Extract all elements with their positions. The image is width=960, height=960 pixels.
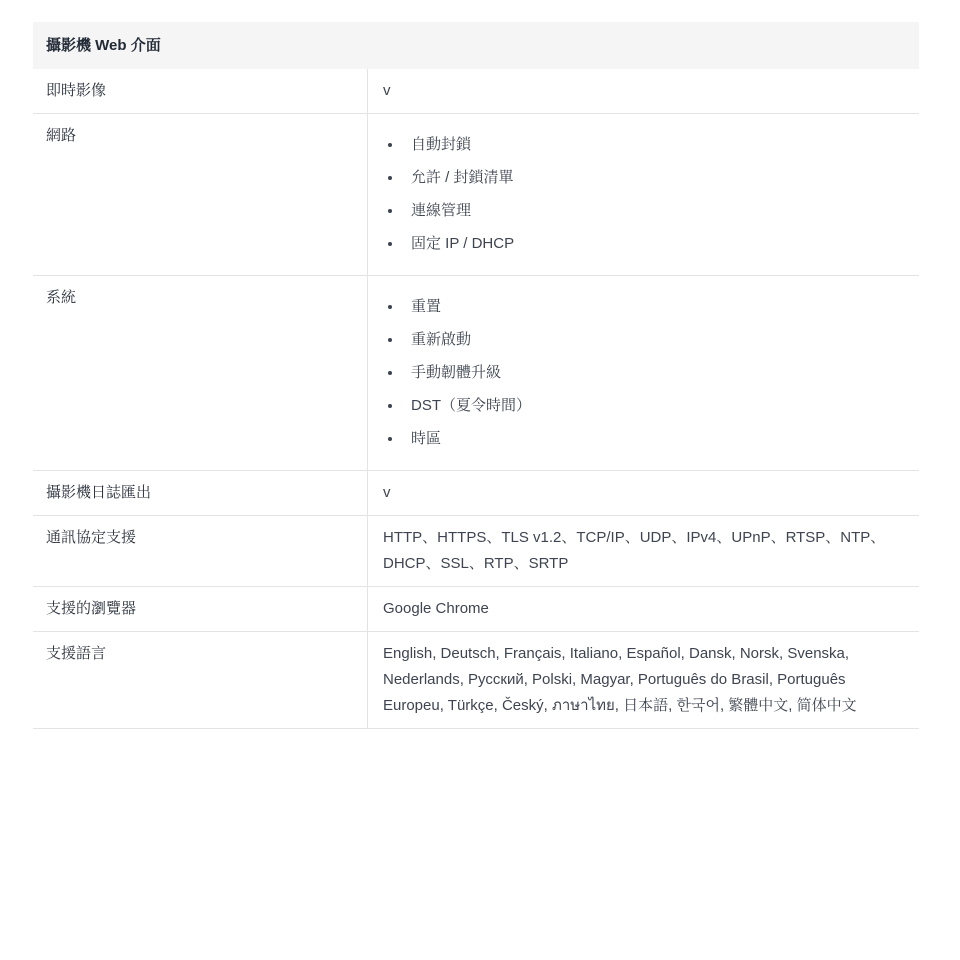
spec-row-label: 支援語言 [33,632,368,728]
spec-value-list-item: 固定 IP / DHCP [403,227,891,260]
spec-row-value: Google Chrome [368,587,919,631]
spec-row: 通訊協定支援HTTP、HTTPS、TLS v1.2、TCP/IP、UDP、IPv… [33,516,919,587]
spec-value-text: English, Deutsch, Français, Italiano, Es… [383,645,857,714]
spec-value-list: 重置重新啟動手動韌體升級DST（夏令時間）時區 [383,290,891,455]
spec-row-value: v [368,471,919,515]
spec-value-list-item: DST（夏令時間） [403,389,891,422]
spec-value-list-item: 連線管理 [403,194,891,227]
spec-row-value: v [368,69,919,113]
spec-table-title: 攝影機 Web 介面 [46,37,161,54]
spec-row: 即時影像v [33,69,919,114]
spec-value-list-item: 重新啟動 [403,323,891,356]
spec-value-text: v [383,484,391,501]
spec-row-label: 網路 [33,114,368,275]
spec-row: 支援語言English, Deutsch, Français, Italiano… [33,632,919,729]
spec-table: 攝影機 Web 介面 即時影像v網路自動封鎖允許 / 封鎖清單連線管理固定 IP… [33,22,919,729]
spec-value-list: 自動封鎖允許 / 封鎖清單連線管理固定 IP / DHCP [383,128,891,260]
spec-table-header: 攝影機 Web 介面 [33,22,919,69]
spec-value-list-item: 重置 [403,290,891,323]
spec-row-value: HTTP、HTTPS、TLS v1.2、TCP/IP、UDP、IPv4、UPnP… [368,516,919,586]
spec-table-body: 即時影像v網路自動封鎖允許 / 封鎖清單連線管理固定 IP / DHCP系統重置… [33,69,919,729]
spec-value-list-item: 自動封鎖 [403,128,891,161]
spec-row-label: 即時影像 [33,69,368,113]
spec-value-text: HTTP、HTTPS、TLS v1.2、TCP/IP、UDP、IPv4、UPnP… [383,529,885,572]
spec-row-value: 重置重新啟動手動韌體升級DST（夏令時間）時區 [368,276,919,470]
spec-row-label: 系統 [33,276,368,470]
spec-row: 支援的瀏覽器Google Chrome [33,587,919,632]
spec-row-label: 支援的瀏覽器 [33,587,368,631]
spec-value-list-item: 允許 / 封鎖清單 [403,161,891,194]
spec-row: 網路自動封鎖允許 / 封鎖清單連線管理固定 IP / DHCP [33,114,919,276]
spec-row: 系統重置重新啟動手動韌體升級DST（夏令時間）時區 [33,276,919,471]
spec-row-label: 通訊協定支援 [33,516,368,586]
spec-row-label: 攝影機日誌匯出 [33,471,368,515]
spec-row: 攝影機日誌匯出v [33,471,919,516]
spec-row-value: English, Deutsch, Français, Italiano, Es… [368,632,919,728]
spec-value-list-item: 時區 [403,422,891,455]
spec-value-text: v [383,82,391,99]
spec-value-list-item: 手動韌體升級 [403,356,891,389]
spec-value-text: Google Chrome [383,600,489,617]
spec-row-value: 自動封鎖允許 / 封鎖清單連線管理固定 IP / DHCP [368,114,919,275]
